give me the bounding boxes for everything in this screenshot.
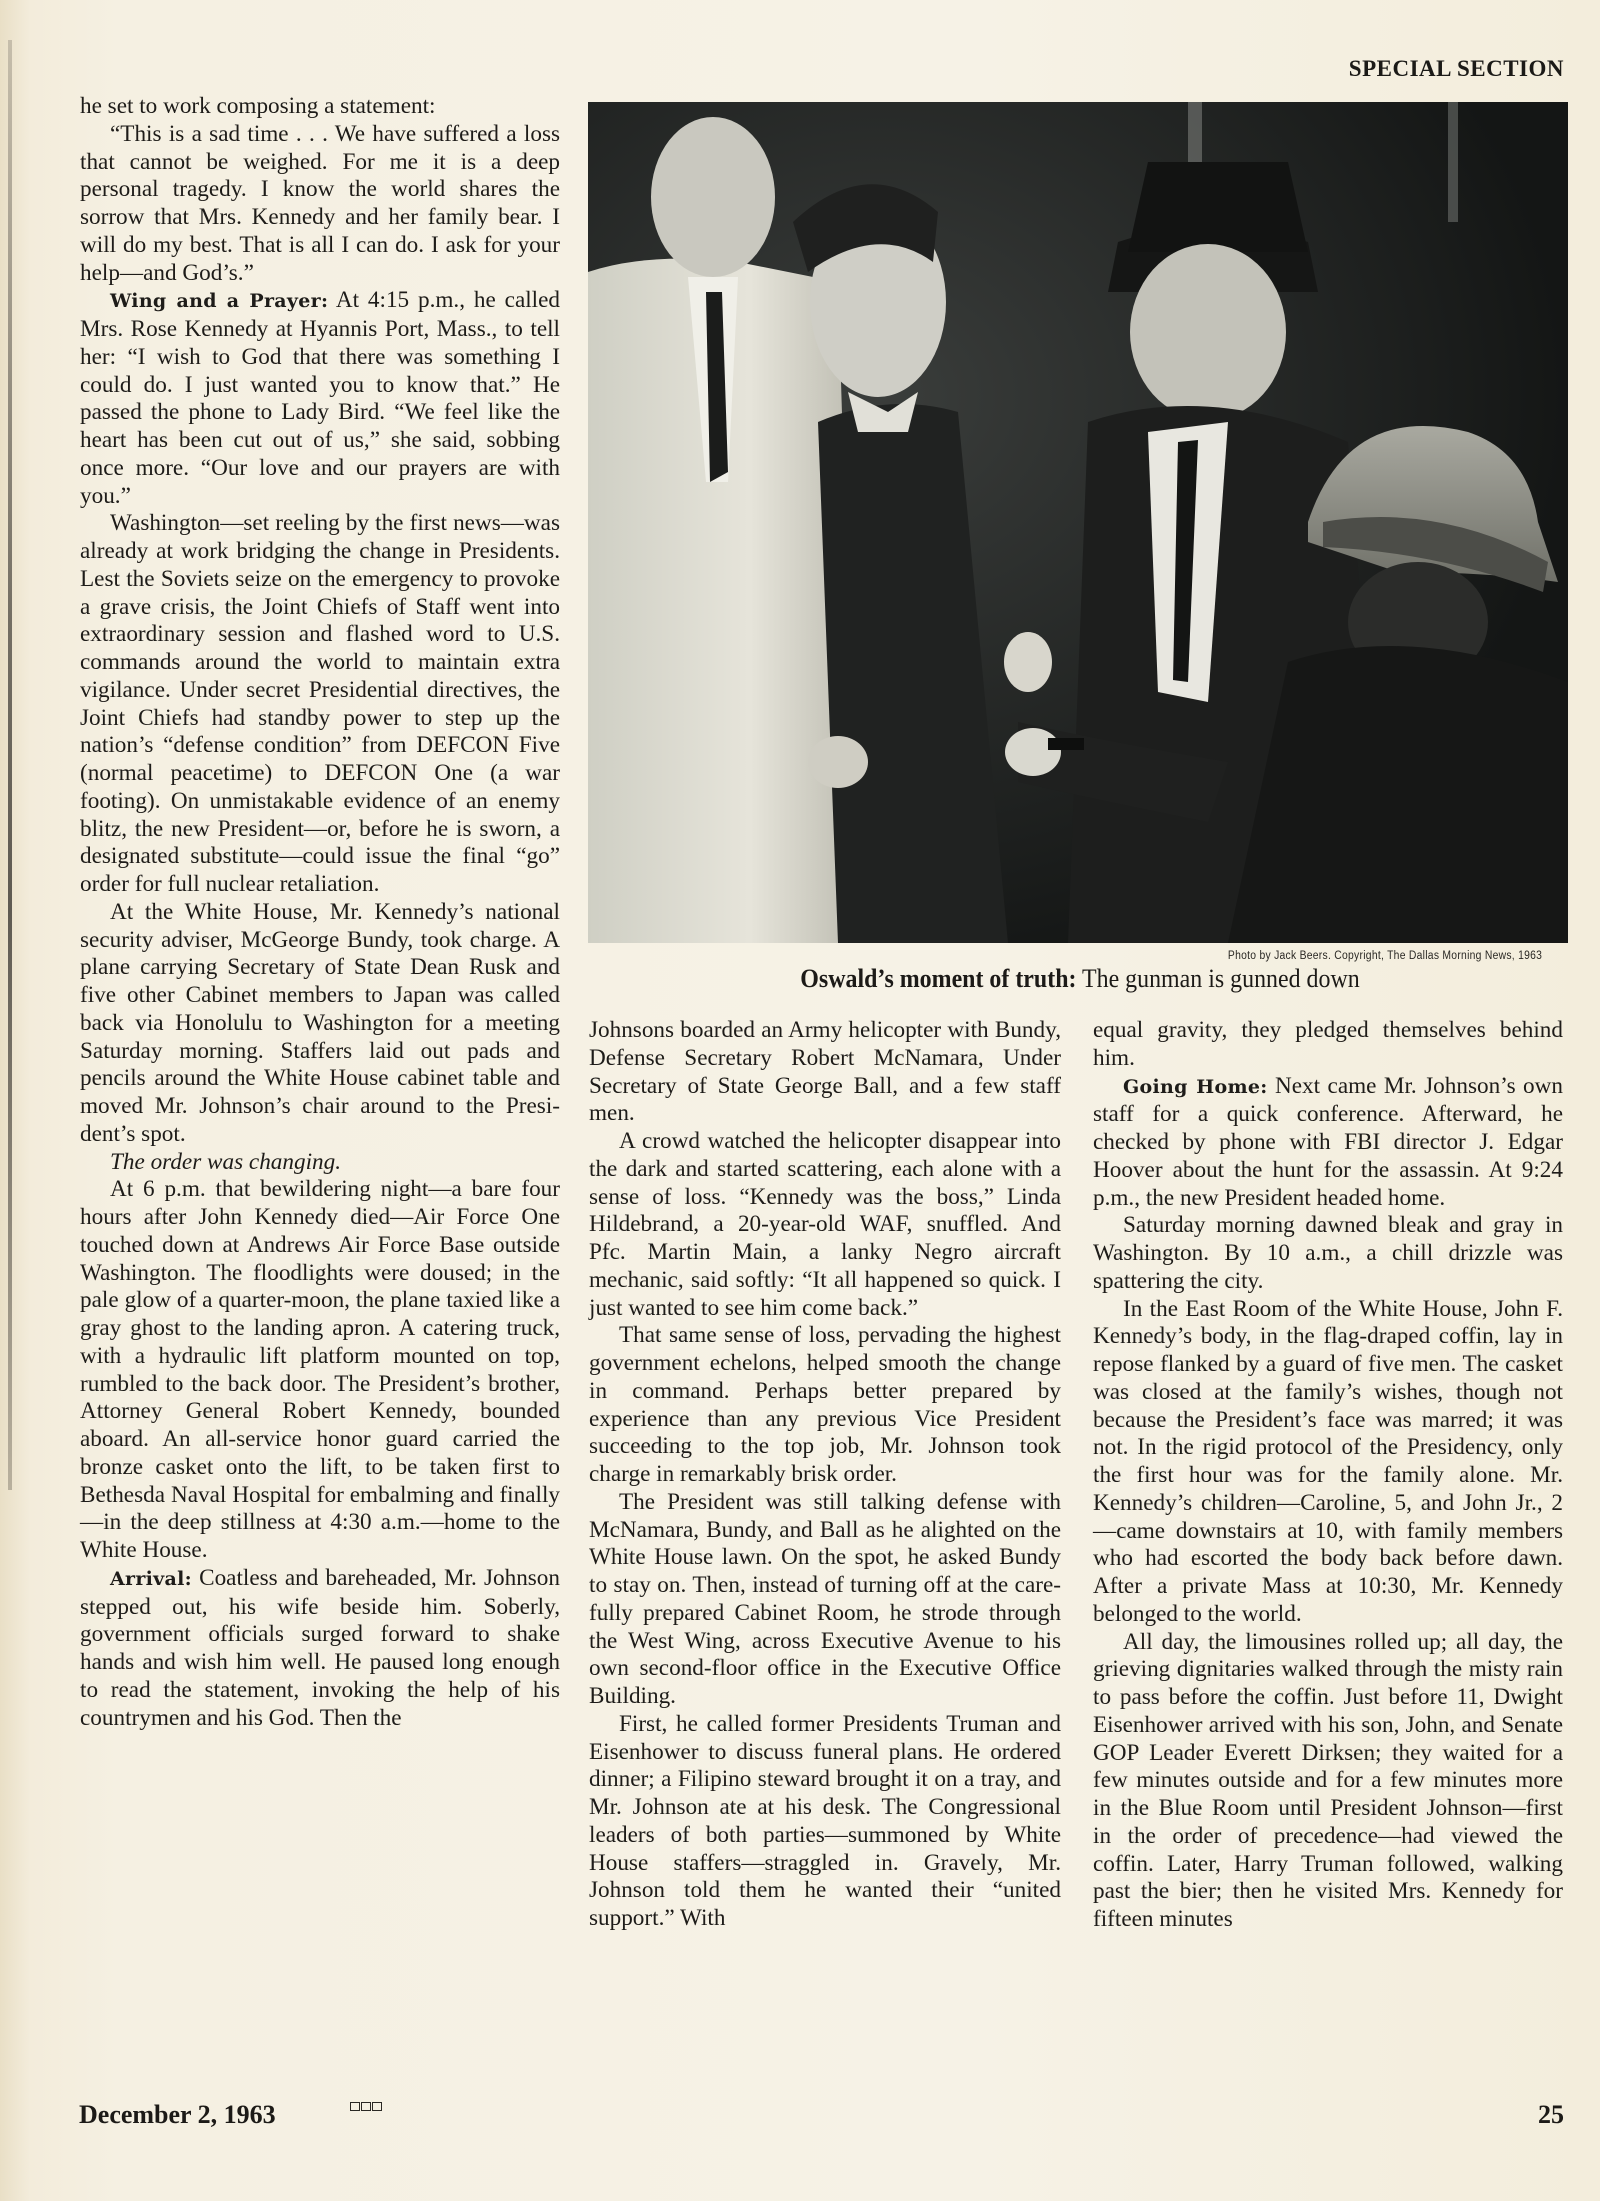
paragraph: First, he called former Presidents Tru­m…: [589, 1711, 1061, 1933]
paragraph: A crowd watched the helicopter dis­appea…: [589, 1128, 1061, 1322]
paragraph: Arrival: Coatless and bareheaded, Mr. Jo…: [80, 1565, 560, 1733]
paragraph: he set to work composing a statement:: [80, 93, 560, 121]
paragraph: All day, the limousines rolled up; all d…: [1093, 1629, 1563, 1934]
paragraph: The President was still talking defense …: [589, 1489, 1061, 1711]
caption-lead: Oswald’s moment of truth:: [800, 964, 1076, 993]
issue-date: December 2, 1963: [79, 2100, 276, 2130]
photo-illustration: [588, 102, 1568, 943]
footer-ornament-icon: [350, 2102, 382, 2111]
photo-caption: Oswald’s moment of truth: The gunman is …: [620, 964, 1540, 994]
subhead-arrival: Arrival:: [110, 1568, 192, 1590]
paragraph: Saturday morning dawned bleak and gray i…: [1093, 1212, 1563, 1295]
paragraph: Johnsons boarded an Army helicopter with…: [589, 1017, 1061, 1128]
paragraph: Wing and a Prayer: At 4:15 p.m., he call…: [80, 287, 560, 510]
square-icon: [350, 2102, 360, 2111]
paragraph: Washington—set reeling by the first news…: [80, 510, 560, 899]
article-column-middle: Johnsons boarded an Army helicopter with…: [589, 1017, 1061, 1933]
paragraph-quote: “This is a sad time . . . We have suffer…: [80, 121, 560, 288]
paragraph: equal gravity, they pledged themselves b…: [1093, 1017, 1563, 1073]
page-number: 25: [1538, 2100, 1564, 2130]
square-icon: [361, 2102, 371, 2111]
paragraph: That same sense of loss, pervading the h…: [589, 1322, 1061, 1489]
subhead-going-home: Going Home:: [1123, 1076, 1268, 1098]
caption-text: The gunman is gunned down: [1076, 964, 1359, 993]
paragraph: At 6 p.m. that bewildering night—a bare …: [80, 1176, 560, 1565]
news-photograph: [588, 102, 1568, 943]
page-binding-edge: [8, 40, 12, 1490]
article-column-right: equal gravity, they pledged themselves b…: [1093, 1017, 1563, 1934]
paragraph: At the White House, Mr. Kennedy’s nation…: [80, 899, 560, 1149]
subhead-wing-and-a-prayer: Wing and a Prayer:: [110, 290, 328, 312]
square-icon: [372, 2102, 382, 2111]
paragraph-italic: The order was changing.: [80, 1149, 560, 1177]
photo-credit: Photo by Jack Beers. Copyright, The Dall…: [1228, 950, 1542, 962]
section-header: SPECIAL SECTION: [1349, 56, 1564, 82]
paragraph: In the East Room of the White House, Joh…: [1093, 1296, 1563, 1629]
article-column-left: he set to work composing a statement: “T…: [80, 93, 560, 1732]
paragraph: Going Home: Next came Mr. John­son’s own…: [1093, 1073, 1563, 1213]
